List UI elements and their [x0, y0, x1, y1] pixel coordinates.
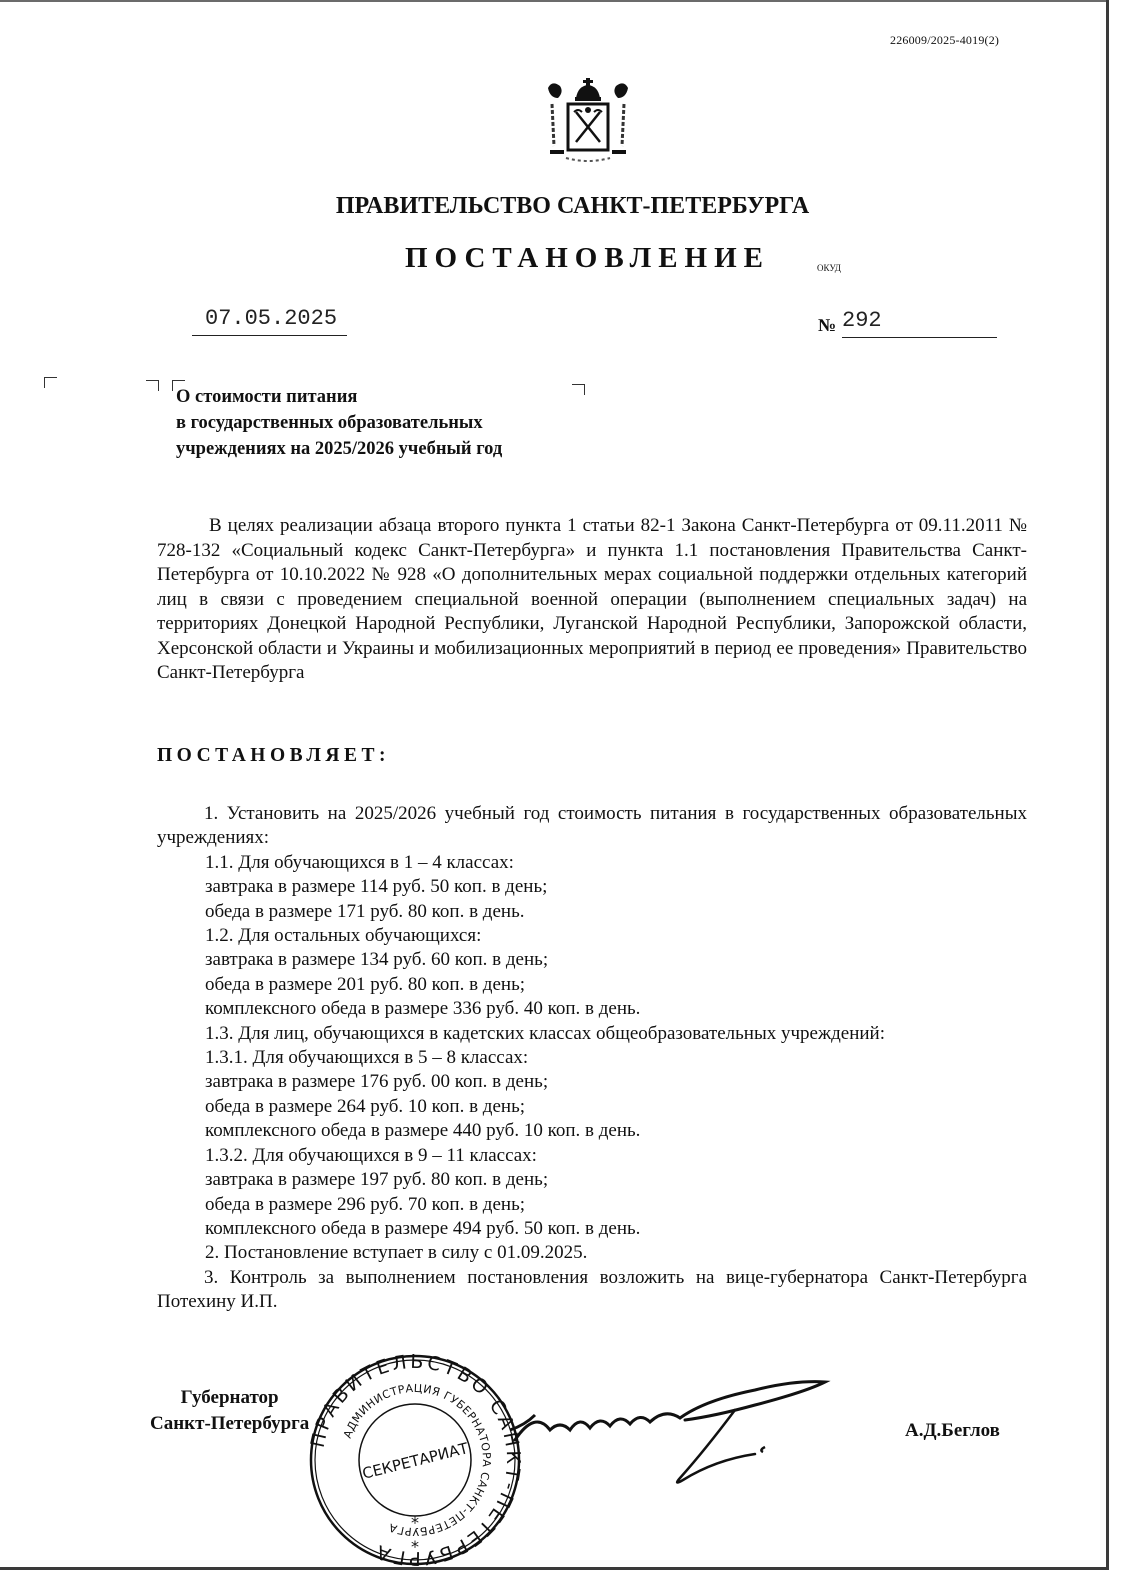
- document-date-field: 07.05.2025: [192, 303, 347, 336]
- document-date: 07.05.2025: [205, 306, 337, 331]
- subject-line: О стоимости питания: [176, 384, 502, 410]
- clause-2: 2. Постановление вступает в силу с 01.09…: [157, 1241, 1027, 1265]
- clause-line: обеда в размере 296 руб. 70 коп. в день;: [157, 1193, 1027, 1217]
- subject-corner-mark: [572, 384, 585, 395]
- page-border-top: [0, 0, 1108, 2]
- coat-of-arms-icon: [538, 76, 638, 166]
- subject-line: учреждениях на 2025/2026 учебный год: [176, 436, 502, 462]
- signature-icon: [505, 1370, 845, 1490]
- number-label: №: [818, 315, 836, 336]
- clause-line: завтрака в размере 134 руб. 60 коп. в де…: [157, 948, 1027, 972]
- clause-line: обеда в размере 201 руб. 80 коп. в день;: [157, 973, 1027, 997]
- clause-line: завтрака в размере 176 руб. 00 коп. в де…: [157, 1070, 1027, 1094]
- issuer-title: ПРАВИТЕЛЬСТВО САНКТ-ПЕТЕРБУРГА: [0, 193, 1125, 220]
- resolves-heading: ПОСТАНОВЛЯЕТ:: [157, 745, 390, 767]
- clause-line: комплексного обеда в размере 494 руб. 50…: [157, 1217, 1027, 1241]
- clause-line: комплексного обеда в размере 336 руб. 40…: [157, 997, 1027, 1021]
- page-border-bottom: [0, 1567, 1109, 1570]
- preamble-paragraph: В целях реализации абзаца второго пункта…: [157, 514, 1027, 686]
- address-corner-mark: [44, 377, 57, 388]
- clause-line: комплексного обеда в размере 440 руб. 10…: [157, 1119, 1027, 1143]
- subject-line: в государственных образовательных: [176, 410, 502, 436]
- clauses: 1. Установить на 2025/2026 учебный год с…: [157, 802, 1027, 1315]
- document-type-title: ПОСТАНОВЛЕНИЕ: [405, 242, 770, 275]
- registration-number: 226009/2025-4019(2): [890, 33, 999, 48]
- signer-title-line: Санкт-Петербурга: [150, 1411, 309, 1437]
- clause-line: завтрака в размере 197 руб. 80 коп. в де…: [157, 1168, 1027, 1192]
- clause-1-3-2: 1.3.2. Для обучающихся в 9 – 11 классах:: [157, 1144, 1027, 1168]
- clause-1-2: 1.2. Для остальных обучающихся:: [157, 924, 1027, 948]
- clause-line: обеда в размере 171 руб. 80 коп. в день.: [157, 900, 1027, 924]
- okud-label: ОКУД: [817, 263, 841, 273]
- svg-text:СЕКРЕТАРИАТ: СЕКРЕТАРИАТ: [361, 1439, 471, 1483]
- document-subject: О стоимости питания в государственных об…: [176, 384, 502, 462]
- official-stamp-icon: ПРАВИТЕЛЬСТВО САНКТ-ПЕТЕРБУРГА АДМИНИСТР…: [305, 1352, 525, 1568]
- clause-line: обеда в размере 264 руб. 10 коп. в день;: [157, 1095, 1027, 1119]
- page-border-right: [1106, 0, 1109, 1570]
- signer-name: А.Д.Беглов: [905, 1420, 1000, 1442]
- signer-title-line: Губернатор: [150, 1385, 309, 1411]
- clause-1-3-1: 1.3.1. Для обучающихся в 5 – 8 классах:: [157, 1046, 1027, 1070]
- document-number-field: 292: [842, 305, 997, 338]
- clause-1-3: 1.3. Для лиц, обучающихся в кадетских кл…: [157, 1022, 1027, 1046]
- svg-text:*: *: [411, 1537, 419, 1556]
- svg-text:*: *: [411, 1513, 419, 1532]
- document-number: 292: [842, 308, 882, 333]
- signer-title: Губернатор Санкт-Петербурга: [150, 1385, 309, 1437]
- clause-1: 1. Установить на 2025/2026 учебный год с…: [157, 802, 1027, 851]
- clause-line: завтрака в размере 114 руб. 50 коп. в де…: [157, 875, 1027, 899]
- address-corner-mark: [146, 380, 159, 391]
- clause-3: 3. Контроль за выполнением постановления…: [157, 1266, 1027, 1315]
- clause-1-1: 1.1. Для обучающихся в 1 – 4 классах:: [157, 851, 1027, 875]
